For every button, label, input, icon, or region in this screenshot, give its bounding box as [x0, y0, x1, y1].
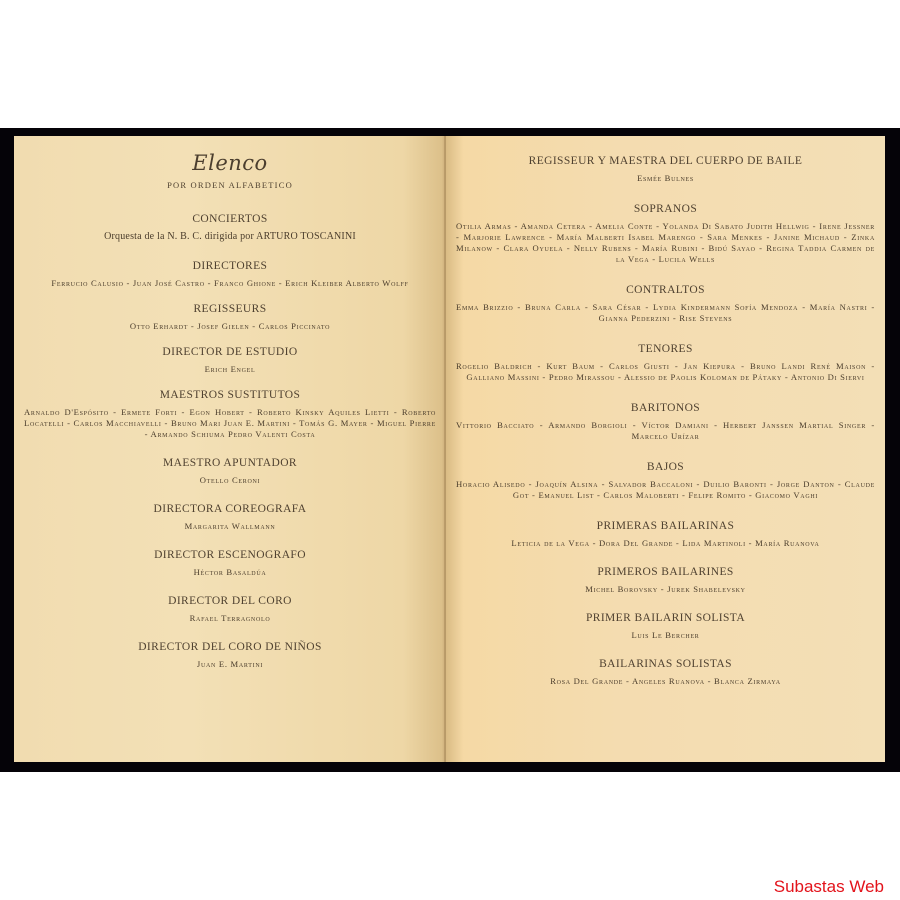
section-primeros-bailarines: PRIMEROS BAILARINES Michel Borovsky - Ju…	[446, 565, 885, 595]
section-heading: CONTRALTOS	[446, 283, 885, 298]
section-names: Esmée Bulnes	[446, 173, 885, 184]
section-names: Margarita Wallmann	[14, 521, 446, 532]
section-names: Héctor Basaldúa	[14, 567, 446, 578]
section-regisseurs: REGISSEURS Otto Erhardt - Josef Gielen -…	[14, 302, 446, 332]
section-names: Arnaldo D'Espósito - Ermete Forti - Egon…	[14, 407, 446, 440]
section-director-del-coro-de-ninos: DIRECTOR DEL CORO DE NIÑOS Juan E. Marti…	[14, 640, 446, 670]
section-heading: CONCIERTOS	[14, 212, 446, 227]
section-names: Rogelio Baldrich - Kurt Baum - Carlos Gi…	[446, 361, 885, 383]
section-names: Luis Le Bercher	[446, 630, 885, 641]
section-director-escenografo: DIRECTOR ESCENOGRAFO Héctor Basaldúa	[14, 548, 446, 578]
section-names: Rosa Del Grande - Angeles Ruanova - Blan…	[446, 676, 885, 687]
section-names: Emma Brizzio - Bruna Carla - Sara César …	[446, 302, 885, 324]
section-names: Michel Borovsky - Jurek Shabelevsky	[446, 584, 885, 595]
section-heading: MAESTROS SUSTITUTOS	[14, 388, 446, 403]
section-directora-coreografa: DIRECTORA COREOGRAFA Margarita Wallmann	[14, 502, 446, 532]
section-bajos: BAJOS Horacio Alisedo - Joaquín Alsina -…	[446, 460, 885, 501]
section-heading: REGISSEURS	[14, 302, 446, 317]
section-heading: SOPRANOS	[446, 202, 885, 217]
section-names: Otto Erhardt - Josef Gielen - Carlos Pic…	[14, 321, 446, 332]
page-subtitle: POR ORDEN ALFABETICO	[14, 180, 446, 190]
section-director-de-estudio: DIRECTOR DE ESTUDIO Erich Engel	[14, 345, 446, 375]
section-primeras-bailarinas: PRIMERAS BAILARINAS Leticia de la Vega -…	[446, 519, 885, 549]
left-page: Elenco POR ORDEN ALFABETICO CONCIERTOS O…	[14, 136, 446, 762]
section-heading: DIRECTOR DEL CORO	[14, 594, 446, 609]
watermark-text: Subastas Web	[774, 877, 884, 897]
section-heading: REGISSEUR Y MAESTRA DEL CUERPO DE BAILE	[446, 154, 885, 169]
section-regisseur-cuerpo-de-baile: REGISSEUR Y MAESTRA DEL CUERPO DE BAILE …	[446, 154, 885, 184]
section-maestros-sustitutos: MAESTROS SUSTITUTOS Arnaldo D'Espósito -…	[14, 388, 446, 440]
page-title: Elenco	[14, 150, 446, 176]
section-tenores: TENORES Rogelio Baldrich - Kurt Baum - C…	[446, 342, 885, 383]
section-bailarinas-solistas: BAILARINAS SOLISTAS Rosa Del Grande - An…	[446, 657, 885, 687]
section-heading: PRIMERAS BAILARINAS	[446, 519, 885, 534]
section-names: Orquesta de la N. B. C. dirigida por ART…	[14, 231, 446, 242]
section-heading: TENORES	[446, 342, 885, 357]
section-primer-bailarin-solista: PRIMER BAILARIN SOLISTA Luis Le Bercher	[446, 611, 885, 641]
section-names: Ferrucio Calusio - Juan José Castro - Fr…	[14, 278, 446, 289]
section-sopranos: SOPRANOS Otilia Armas - Amanda Cetera - …	[446, 202, 885, 265]
section-directores: DIRECTORES Ferrucio Calusio - Juan José …	[14, 259, 446, 289]
right-page: REGISSEUR Y MAESTRA DEL CUERPO DE BAILE …	[446, 136, 885, 762]
section-names: Leticia de la Vega - Dora Del Grande - L…	[446, 538, 885, 549]
section-heading: DIRECTOR ESCENOGRAFO	[14, 548, 446, 563]
section-names: Rafael Terragnolo	[14, 613, 446, 624]
section-heading: BARITONOS	[446, 401, 885, 416]
section-director-del-coro: DIRECTOR DEL CORO Rafael Terragnolo	[14, 594, 446, 624]
section-heading: DIRECTOR DEL CORO DE NIÑOS	[14, 640, 446, 655]
section-heading: PRIMER BAILARIN SOLISTA	[446, 611, 885, 626]
section-conciertos: CONCIERTOS Orquesta de la N. B. C. dirig…	[14, 212, 446, 242]
section-heading: BAJOS	[446, 460, 885, 475]
section-contraltos: CONTRALTOS Emma Brizzio - Bruna Carla - …	[446, 283, 885, 324]
section-names: Horacio Alisedo - Joaquín Alsina - Salva…	[446, 479, 885, 501]
section-heading: DIRECTOR DE ESTUDIO	[14, 345, 446, 360]
section-baritonos: BARITONOS Vittorio Bacciato - Armando Bo…	[446, 401, 885, 442]
section-heading: PRIMEROS BAILARINES	[446, 565, 885, 580]
section-names: Juan E. Martini	[14, 659, 446, 670]
section-names: Erich Engel	[14, 364, 446, 375]
section-heading: BAILARINAS SOLISTAS	[446, 657, 885, 672]
section-names: Otello Ceroni	[14, 475, 446, 486]
section-heading: DIRECTORES	[14, 259, 446, 274]
section-names: Vittorio Bacciato - Armando Borgioli - V…	[446, 420, 885, 442]
section-heading: DIRECTORA COREOGRAFA	[14, 502, 446, 517]
section-maestro-apuntador: MAESTRO APUNTADOR Otello Ceroni	[14, 456, 446, 486]
section-heading: MAESTRO APUNTADOR	[14, 456, 446, 471]
section-names: Otilia Armas - Amanda Cetera - Amelia Co…	[446, 221, 885, 265]
